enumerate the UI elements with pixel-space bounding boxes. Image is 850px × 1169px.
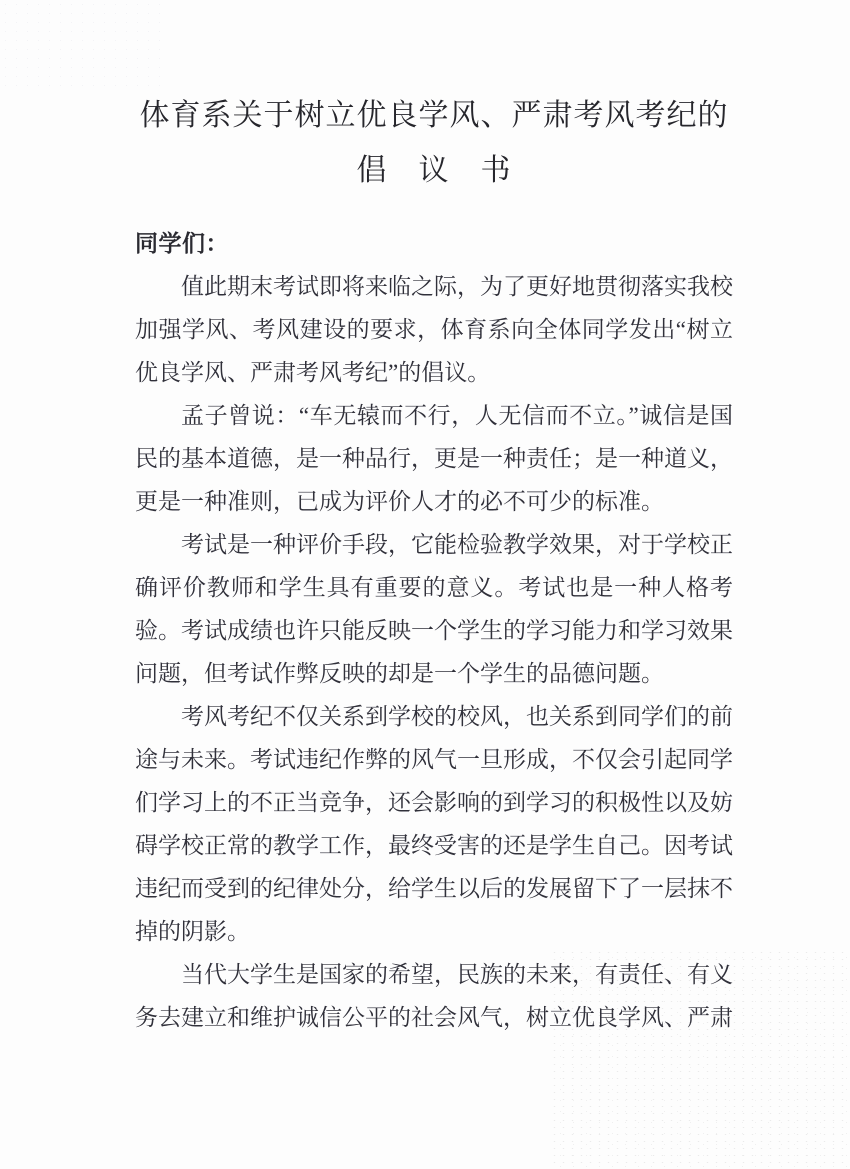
paragraph-5: 当代大学生是国家的希望，民族的未来，有责任、有义务去建立和维护诚信公平的社会风气… xyxy=(135,953,733,1039)
document-title: 体育系关于树立优良学风、严肃考风考纪的 倡 议 书 xyxy=(135,88,733,198)
paragraph-4: 考风考纪不仅关系到学校的校风，也关系到同学们的前途与未来。考试违纪作弊的风气一旦… xyxy=(135,695,733,953)
paragraph-1: 值此期末考试即将来临之际，为了更好地贯彻落实我校加强学风、考风建设的要求，体育系… xyxy=(135,265,733,394)
scanned-document-page: 体育系关于树立优良学风、严肃考风考纪的 倡 议 书 同学们： 值此期末考试即将来… xyxy=(0,0,850,1169)
paragraph-2: 孟子曾说：“车无辕而不行，人无信而不立。”诚信是国民的基本道德，是一种品行，更是… xyxy=(135,394,733,523)
document-title-line2: 倡 议 书 xyxy=(135,143,733,198)
document-content: 体育系关于树立优良学风、严肃考风考纪的 倡 议 书 同学们： 值此期末考试即将来… xyxy=(0,0,850,1039)
document-title-line1: 体育系关于树立优良学风、严肃考风考纪的 xyxy=(135,88,733,143)
salutation: 同学们： xyxy=(135,222,733,265)
paragraph-3: 考试是一种评价手段，它能检验教学效果，对于学校正确评价教师和学生具有重要的意义。… xyxy=(135,523,733,695)
